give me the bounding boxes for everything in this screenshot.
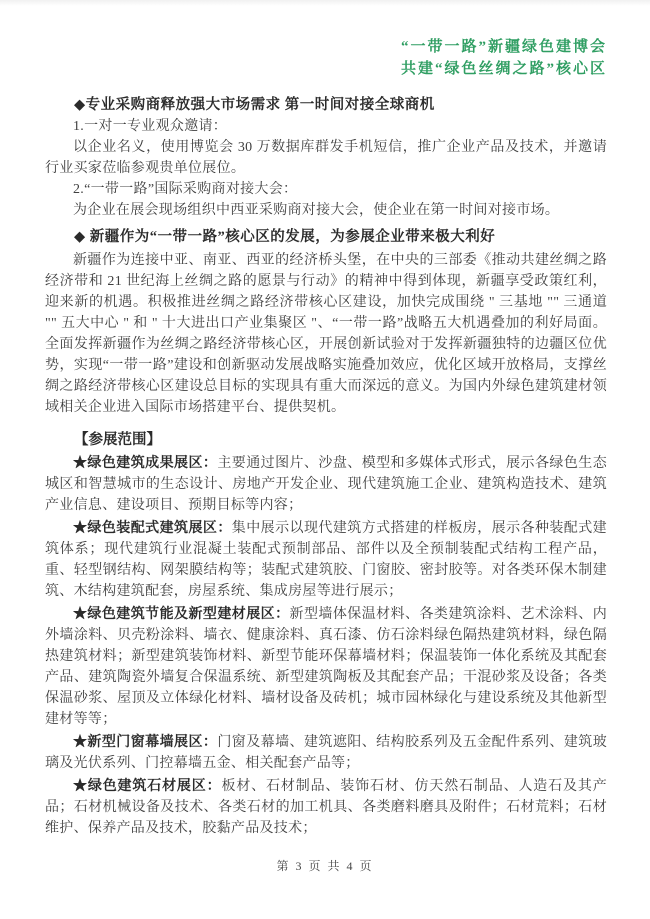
- zone-paragraph-doors-windows-curtainwall: ★新型门窗幕墙展区：门窗及幕墙、建筑遮阳、结构胶系列及五金配件系列、建筑玻璃及光…: [45, 732, 607, 774]
- list-item-2-title: 2.“一带一路”国际采购商对接大会：: [45, 179, 607, 200]
- list-item-1-body: 以企业名义，使用博览会 30 万数据库群发手机短信，推广企业产品及技术，并邀请行…: [45, 137, 607, 179]
- zone-paragraph-stone-materials: ★绿色建筑石材展区：板材、石材制品、装饰石材、仿天然石制品、人造石及其产品；石材…: [45, 776, 607, 839]
- zone-body: 新型墙体保温材料、各类建筑涂料、艺术涂料、内外墙涂料、贝壳粉涂料、墙衣、健康涂料…: [45, 607, 607, 727]
- core-area-paragraph: 新疆作为连接中亚、南亚、西亚的经济桥头堡，在中央的三部委《推动共建丝绸之路经济带…: [45, 250, 607, 418]
- header-line-1: “一带一路”新疆绿色建博会: [45, 36, 607, 58]
- zone-title: ★绿色建筑节能及新型建材展区：: [73, 607, 290, 622]
- heading-scope: 【参展范围】: [45, 430, 607, 451]
- zone-title: ★绿色建筑石材展区：: [73, 779, 221, 794]
- list-item-1-title: 1.一对一专业观众邀请：: [45, 116, 607, 137]
- heading-core-area: ◆ 新疆作为“一带一路”核心区的发展，为参展企业带来极大利好: [45, 227, 607, 248]
- zone-title: ★绿色装配式建筑展区：: [73, 521, 232, 536]
- zone-title: ★绿色建筑成果展区：: [73, 456, 217, 471]
- list-item-2-body: 为企业在展会现场组织中西亚采购商对接大会，使企业在第一时间对接市场。: [45, 200, 607, 221]
- zone-paragraph-energy-saving-materials: ★绿色建筑节能及新型建材展区：新型墙体保温材料、各类建筑涂料、艺术涂料、内外墙涂…: [45, 604, 607, 730]
- scan-artifact-top: [0, 0, 650, 6]
- page-number-indicator: 第 3 页 共 4 页: [0, 856, 650, 877]
- zone-paragraph-prefab-building: ★绿色装配式建筑展区：集中展示以现代建筑方式搭建的样板房，展示各种装配式建筑体系…: [45, 518, 607, 602]
- document-page: “一带一路”新疆绿色建博会 共建“绿色丝绸之路”核心区 ◆专业采购商释放强大市场…: [0, 0, 650, 919]
- zone-title: ★新型门窗幕墙展区：: [73, 735, 217, 750]
- zone-paragraph-green-building-achievements: ★绿色建筑成果展区：主要通过图片、沙盘、模型和多媒体式形式，展示各绿色生态城区和…: [45, 453, 607, 516]
- heading-procurement: ◆专业采购商释放强大市场需求 第一时间对接全球商机: [45, 95, 607, 116]
- document-header: “一带一路”新疆绿色建博会 共建“绿色丝绸之路”核心区: [45, 36, 607, 80]
- header-line-2: 共建“绿色丝绸之路”核心区: [45, 58, 607, 80]
